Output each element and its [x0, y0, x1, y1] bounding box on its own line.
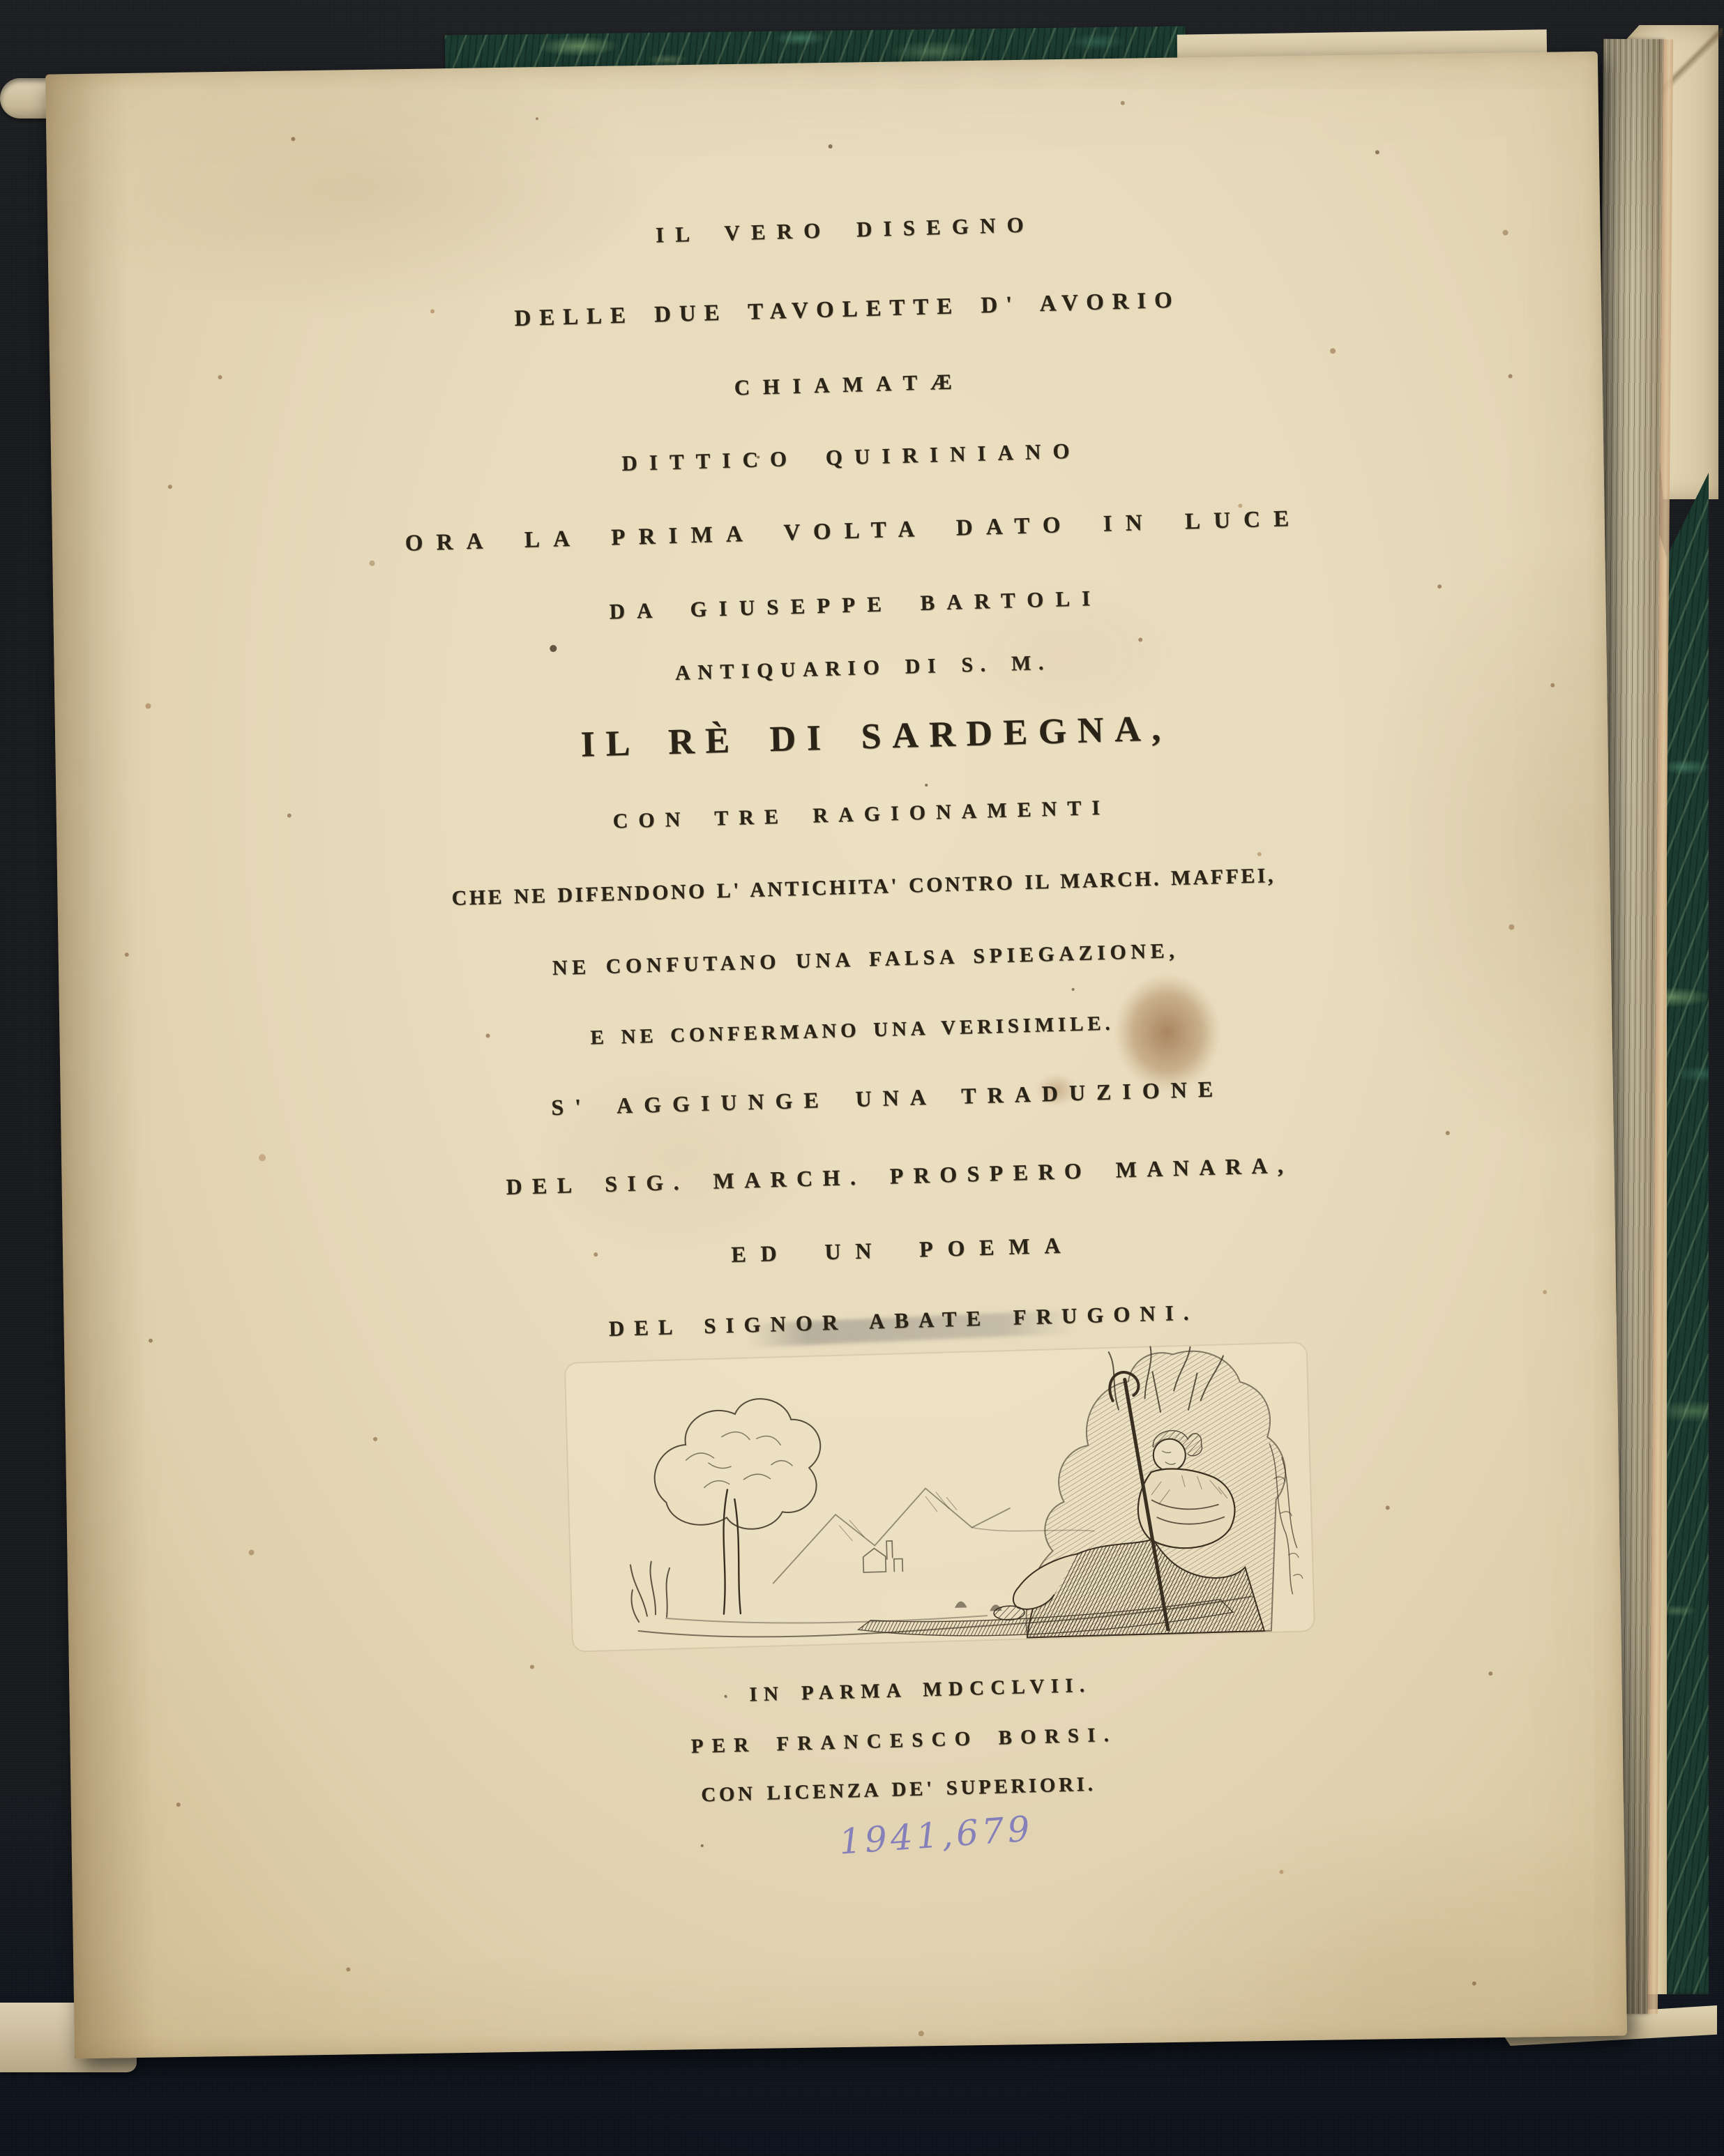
- letterpress-text: IL VERO DISEGNO DELLE DUE TAVOLETTE D' A…: [65, 41, 1672, 2068]
- author-line: DA GIUSEPPE BARTOLI: [80, 570, 1632, 639]
- title-line: E NE CONFERMANO UNA VERISIMILE.: [76, 998, 1628, 1064]
- title-line: NE CONFUTANO UNA FALSA SPIEGAZIONE,: [89, 926, 1642, 993]
- vignette-engraving: [558, 1338, 1326, 1663]
- title-line: DEL SIG. MARCH. PROSPERO MANARA,: [123, 1141, 1676, 1210]
- title-line: S' AGGIUNGE UNA TRADUZIONE: [112, 1063, 1664, 1132]
- title-line: DELLE DUE TAVOLETTE D' AVORIO: [71, 275, 1624, 344]
- title-line: CHE NE DIFENDONO L' ANTICHITA' CONTRO IL…: [87, 853, 1640, 920]
- title-line: ED UN POEMA: [127, 1215, 1679, 1284]
- title-line: DITTICO QUIRINIANO: [75, 423, 1628, 492]
- title-line: IL VERO DISEGNO: [69, 196, 1621, 264]
- author-title-line: ANTIQUARIO DI S. M.: [86, 635, 1639, 701]
- title-line: ORA LA PRIMA VOLTA DATO IN LUCE: [77, 497, 1630, 566]
- title-line: CON TRE RAGIONAMENTI: [85, 781, 1638, 848]
- foxing-spots: [45, 75, 48, 77]
- imprint-text: IN PARMA MDCCLVII.: [749, 1674, 1091, 1706]
- main-title-line: IL RÈ DI SARDEGNA,: [100, 694, 1653, 779]
- title-line: CHIAMATÆ: [73, 351, 1626, 419]
- title-line: DEL SIGNOR ABATE FRUGONI.: [128, 1286, 1680, 1355]
- title-page: IL VERO DISEGNO DELLE DUE TAVOLETTE D' A…: [45, 52, 1627, 2059]
- printer-ornament-dot: ·: [723, 1687, 735, 1706]
